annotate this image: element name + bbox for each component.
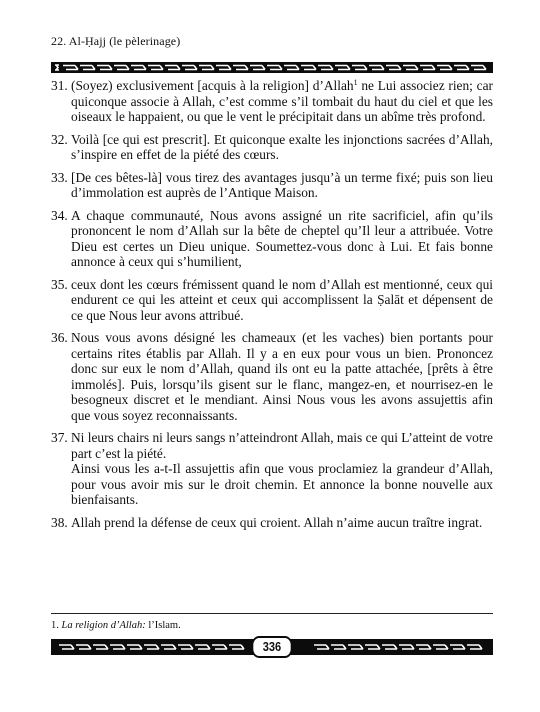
verse-text: A chaque communauté, Nous avons assigné …	[71, 208, 493, 270]
verse-number: 36.	[51, 330, 68, 346]
verse-text: ceux dont les cœurs frémissent quand le …	[71, 277, 493, 324]
verse-number: 33.	[51, 170, 68, 186]
verse-text: Voilà [ce qui est prescrit]. Et quiconqu…	[71, 132, 493, 163]
verse-number: 38.	[51, 515, 68, 531]
verse-text-continued: Ainsi vous les a-t-Il assujettis afin qu…	[71, 461, 493, 508]
verse-text: [De ces bêtes-là] vous tirez des avantag…	[71, 170, 493, 201]
footnote-definition: l’Islam.	[146, 620, 181, 631]
verse-number: 35.	[51, 277, 68, 293]
verse-34: 34. A chaque communauté, Nous avons assi…	[51, 208, 493, 270]
verse-32: 32. Voilà [ce qui est prescrit]. Et quic…	[51, 132, 493, 163]
chain-ornament-icon	[51, 62, 493, 73]
verse-text: Ni leurs chairs ni leurs sangs n’atteind…	[71, 430, 493, 461]
verse-38: 38. Allah prend la défense de ceux qui c…	[51, 515, 493, 531]
footnote: 1. La religion d’Allah: l’Islam.	[51, 620, 181, 631]
verse-list: 31. (Soyez) exclusivement [acquis à la r…	[51, 78, 493, 537]
verse-text: Allah prend la défense de ceux qui croie…	[71, 515, 493, 531]
verse-number: 31.	[51, 78, 68, 94]
footnote-divider	[51, 613, 493, 614]
verse-number: 37.	[51, 430, 68, 446]
verse-text: (Soyez) exclusivement [acquis à la relig…	[71, 78, 493, 125]
running-title: 22. Al-Ḥajj (le pèlerinage)	[51, 34, 180, 49]
page-number: 336	[252, 636, 293, 658]
top-ornamental-border	[51, 62, 493, 73]
verse-number: 34.	[51, 208, 68, 224]
verse-37: 37. Ni leurs chairs ni leurs sangs n’att…	[51, 430, 493, 508]
verse-33: 33. [De ces bêtes-là] vous tirez des ava…	[51, 170, 493, 201]
verse-36: 36. Nous vous avons désigné les chameaux…	[51, 330, 493, 423]
verse-number: 32.	[51, 132, 68, 148]
footnote-term: La religion d’Allah:	[62, 620, 146, 631]
verse-31: 31. (Soyez) exclusivement [acquis à la r…	[51, 78, 493, 125]
verse-35: 35. ceux dont les cœurs frémissent quand…	[51, 277, 493, 324]
footnote-marker: 1.	[51, 620, 59, 631]
verse-text: Nous vous avons désigné les chameaux (et…	[71, 330, 493, 423]
